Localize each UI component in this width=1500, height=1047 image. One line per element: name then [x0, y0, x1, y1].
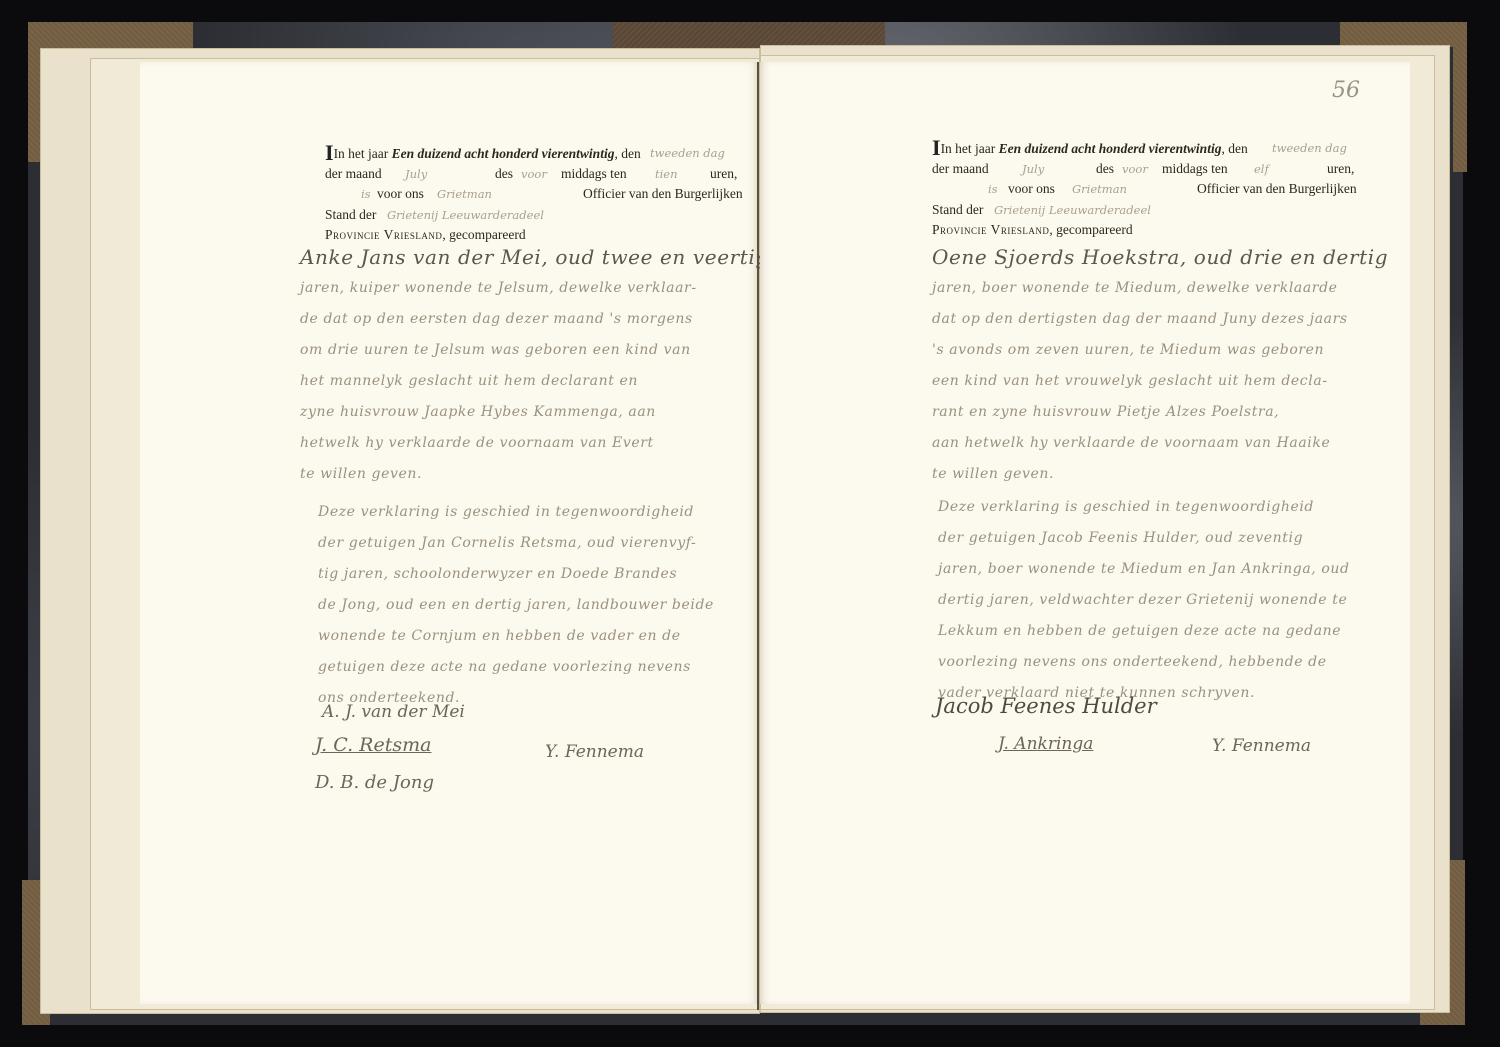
signature: A. J. van der Mei: [322, 702, 465, 722]
dropcap-I: I: [932, 135, 941, 160]
handwritten-line: de dat op den eersten dag dezer maand 's…: [300, 304, 769, 335]
printed-text: , gecompareerd: [442, 227, 525, 242]
handwritten-line: jaren, kuiper wonende te Jelsum, dewelke…: [300, 273, 769, 304]
filled-month: July: [1022, 159, 1044, 180]
handwritten-line: jaren, boer wonende te Miedum, dewelke v…: [932, 273, 1388, 304]
left-printed-header: IIn het jaar Een duizend acht honderd vi…: [325, 143, 745, 246]
filled-role: Grietman: [1072, 179, 1127, 200]
signature: Jacob Feenes Hulder: [935, 694, 1157, 718]
filled-day: tweeden dag: [650, 143, 725, 164]
printed-text: In het jaar: [941, 141, 996, 156]
handwritten-line: dat op den dertigsten dag der maand Juny…: [932, 304, 1388, 335]
signature-officer: Y. Fennema: [1212, 736, 1311, 756]
left-handwritten-entry: Anke Jans van der Mei, oud twee en veert…: [300, 242, 769, 490]
printed-text: uren,: [710, 164, 737, 185]
printed-text: Officier van den Burgerlijken: [1197, 179, 1357, 200]
left-handwritten-attestation: Deze verklaring is geschied in tegenwoor…: [318, 497, 714, 714]
printed-text: middags ten: [561, 164, 627, 185]
handwritten-line: der getuigen Jacob Feenis Hulder, oud ze…: [938, 523, 1350, 554]
signature: D. B. de Jong: [315, 772, 434, 793]
handwritten-line: 's avonds om zeven uuren, te Miedum was …: [932, 335, 1388, 366]
printed-text: Stand der: [932, 202, 983, 217]
handwritten-line: een kind van het vrouwelyk geslacht uit …: [932, 366, 1388, 397]
printed-text: , den: [614, 146, 640, 161]
printed-text: Officier van den Burgerlijken: [583, 184, 743, 205]
printed-province: Provincie Vriesland: [325, 227, 442, 242]
filled-day: tweeden dag: [1272, 138, 1347, 159]
handwritten-line: de Jong, oud een en dertig jaren, landbo…: [318, 590, 714, 621]
handwritten-line: te willen geven.: [300, 459, 769, 490]
filled-month: July: [405, 164, 427, 185]
handwritten-line: hetwelk hy verklaarde de voornaam van Ev…: [300, 428, 769, 459]
handwritten-line: aan hetwelk hy verklaarde de voornaam va…: [932, 428, 1388, 459]
signature: J. Ankringa: [998, 734, 1093, 754]
dropcap-I: I: [325, 140, 334, 165]
filled-is: is: [988, 179, 998, 200]
printed-text: des: [1096, 159, 1114, 180]
handwritten-line: dertig jaren, veldwachter dezer Grieteni…: [938, 585, 1350, 616]
right-printed-header: IIn het jaar Een duizend acht honderd vi…: [932, 138, 1362, 241]
filled-voor: voor: [1122, 159, 1148, 180]
page-number: 56: [1332, 78, 1360, 103]
signature: J. C. Retsma: [315, 734, 431, 756]
handwritten-line: Deze verklaring is geschied in tegenwoor…: [318, 497, 714, 528]
handwritten-line: Oene Sjoerds Hoekstra, oud drie en derti…: [932, 242, 1388, 273]
handwritten-line: der getuigen Jan Cornelis Retsma, oud vi…: [318, 528, 714, 559]
handwritten-line: rant en zyne huisvrouw Pietje Alzes Poel…: [932, 397, 1388, 428]
printed-text: der maand: [932, 161, 989, 176]
right-handwritten-attestation: Deze verklaring is geschied in tegenwoor…: [938, 492, 1350, 709]
handwritten-line: zyne huisvrouw Jaapke Hybes Kammenga, aa…: [300, 397, 769, 428]
printed-text: , den: [1221, 141, 1247, 156]
handwritten-line: jaren, boer wonende te Miedum en Jan Ank…: [938, 554, 1350, 585]
printed-text: middags ten: [1162, 159, 1228, 180]
filled-voor: voor: [521, 164, 547, 185]
cover-corner-top-right: [1340, 22, 1463, 47]
printed-text: voor ons: [377, 184, 424, 205]
handwritten-line: Lekkum en hebben de getuigen deze acte n…: [938, 616, 1350, 647]
filled-role: Grietman: [437, 184, 492, 205]
printed-text: In het jaar: [334, 146, 389, 161]
printed-text: voor ons: [1008, 179, 1055, 200]
right-handwritten-entry: Oene Sjoerds Hoekstra, oud drie en derti…: [932, 242, 1388, 490]
filled-hour: tien: [655, 164, 678, 185]
handwritten-line: het mannelyk geslacht uit hem declarant …: [300, 366, 769, 397]
filled-hour: elf: [1254, 159, 1269, 180]
printed-province: Provincie Vriesland: [932, 222, 1049, 237]
printed-text: uren,: [1327, 159, 1354, 180]
handwritten-line: getuigen deze acte na gedane voorlezing …: [318, 652, 714, 683]
printed-text: , gecompareerd: [1049, 222, 1132, 237]
cover-corner-right-edge: [1453, 22, 1467, 172]
left-page: IIn het jaar Een duizend acht honderd vi…: [140, 62, 758, 1004]
handwritten-line: om drie uuren te Jelsum was geboren een …: [300, 335, 769, 366]
handwritten-line: Deze verklaring is geschied in tegenwoor…: [938, 492, 1350, 523]
printed-year: Een duizend acht honderd vierentwintig: [999, 141, 1222, 156]
signature-officer: Y. Fennema: [545, 742, 644, 762]
handwritten-line: Anke Jans van der Mei, oud twee en veert…: [300, 242, 769, 273]
printed-year: Een duizend acht honderd vierentwintig: [392, 146, 615, 161]
handwritten-line: tig jaren, schoolonderwyzer en Doede Bra…: [318, 559, 714, 590]
filled-place: Grietenij Leeuwarderadeel: [387, 205, 544, 226]
right-page: 56 IIn het jaar Een duizend acht honderd…: [760, 62, 1410, 1004]
filled-is: is: [361, 184, 371, 205]
filled-place: Grietenij Leeuwarderadeel: [994, 200, 1151, 221]
handwritten-line: te willen geven.: [932, 459, 1388, 490]
printed-text: Stand der: [325, 207, 376, 222]
handwritten-line: voorlezing nevens ons onderteekend, hebb…: [938, 647, 1350, 678]
printed-text: des: [495, 164, 513, 185]
printed-text: der maand: [325, 166, 382, 181]
handwritten-line: wonende te Cornjum en hebben de vader en…: [318, 621, 714, 652]
book-gutter: [757, 62, 759, 1010]
